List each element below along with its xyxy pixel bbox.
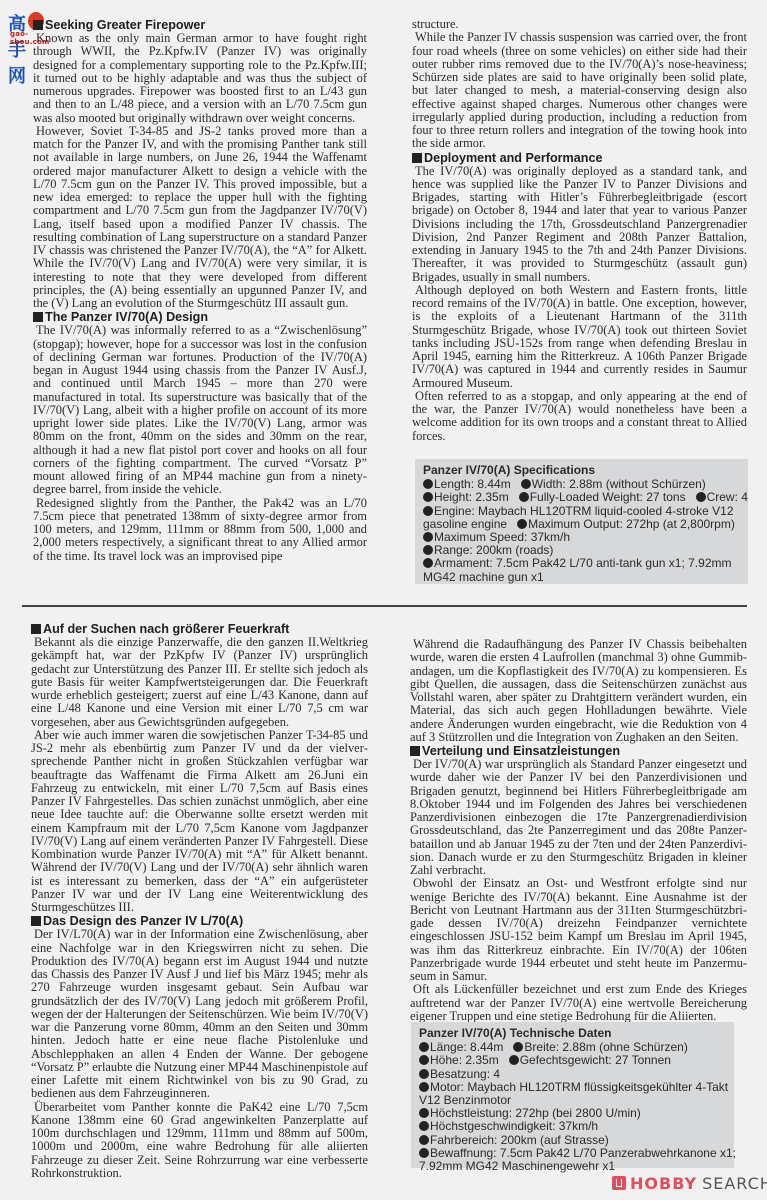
bullet-dot-icon [423, 492, 433, 502]
bullet-dot-icon [419, 1148, 429, 1158]
section-heading: Auf der Suchen nach größerer Feuerkraft [31, 622, 368, 636]
paragraph: While the Panzer IV chassis suspension w… [412, 31, 747, 150]
paragraph: Oft als Lückenfüller bezeichnet und erst… [410, 983, 747, 1023]
spec-row: 7.92mm MG42 Maschinengewehr x1 [419, 1160, 726, 1173]
paragraph: Aber wie auch immer waren die sowjetisch… [31, 729, 368, 915]
paragraph: Der IV/70(A) war ursprünglich als Standa… [410, 758, 747, 877]
german-specifications-box: Panzer IV/70(A) Technische Daten Länge: … [411, 1022, 734, 1168]
spec-title: Panzer IV/70(A) Technische Daten [419, 1027, 726, 1040]
watermark-brand: HOBBY [630, 1174, 697, 1193]
paragraph: The IV/70(A) was informally referred to … [33, 324, 367, 496]
language-divider [22, 605, 747, 607]
square-bullet-icon [31, 624, 41, 634]
bullet-dot-icon [419, 1055, 429, 1065]
bullet-dot-icon [419, 1135, 429, 1145]
spec-title: Panzer IV/70(A) Specifications [423, 464, 740, 477]
bullet-dot-icon [419, 1082, 429, 1092]
bullet-dot-icon [419, 1108, 429, 1118]
paragraph: However, Soviet T-34-85 and JS-2 tanks p… [33, 125, 367, 311]
bullet-dot-icon [509, 1055, 519, 1065]
bullet-dot-icon [521, 479, 531, 489]
hobbysearch-watermark: HOBBY SEARCH [612, 1173, 767, 1193]
bullet-dot-icon [419, 1042, 429, 1052]
english-specifications-box: Panzer IV/70(A) Specifications Length: 8… [415, 459, 748, 584]
paragraph: Während die Radaufhängung des Panzer IV … [410, 638, 747, 744]
paragraph: Der IV/L70(A) war in der Information ein… [31, 928, 368, 1100]
square-bullet-icon [33, 20, 43, 30]
paragraph: Often referred to as a stopgap, and only… [412, 390, 747, 443]
hobbysearch-logo-icon [612, 1176, 626, 1190]
paragraph: Known as the only main German armor to h… [33, 32, 367, 125]
bullet-dot-icon [423, 506, 433, 516]
square-bullet-icon [31, 916, 41, 926]
section-heading: Verteilung und Einsatzleistungen [410, 744, 747, 758]
bullet-dot-icon [517, 519, 527, 529]
bullet-dot-icon [423, 545, 433, 555]
bullet-dot-icon [419, 1121, 429, 1131]
bullet-dot-icon [423, 532, 433, 542]
bullet-dot-icon [423, 558, 433, 568]
square-bullet-icon [410, 746, 420, 756]
paragraph: Obwohl der Einsatz an Ost- und Westfront… [410, 877, 747, 983]
section-heading: Seeking Greater Firepower [33, 18, 367, 32]
german-right-column: Während die Radaufhängung des Panzer IV … [410, 638, 747, 1023]
paragraph-continuation: structure. [412, 18, 747, 31]
bullet-dot-icon [423, 479, 433, 489]
section-heading: Das Design des Panzer IV L/70(A) [31, 914, 368, 928]
bullet-dot-icon [519, 492, 529, 502]
english-right-column: structure. While the Panzer IV chassis s… [412, 18, 747, 443]
bullet-dot-icon [696, 492, 706, 502]
watermark-suffix: SEARCH [702, 1174, 767, 1193]
bullet-dot-icon [419, 1069, 429, 1079]
section-heading: Deployment and Performance [412, 151, 747, 165]
paragraph: Überarbeitet vom Panther konnte die PaK4… [31, 1101, 368, 1181]
square-bullet-icon [412, 153, 422, 163]
german-left-column: Auf der Suchen nach größerer Feuerkraft … [31, 622, 368, 1180]
square-bullet-icon [33, 312, 43, 322]
paragraph: Redesigned slightly from the Panther, th… [33, 497, 367, 563]
paragraph: Although deployed on both Western and Ea… [412, 284, 747, 390]
bullet-dot-icon [513, 1042, 523, 1052]
paragraph: Bekannt als die einzige Panzerwaffe, die… [31, 636, 368, 729]
paragraph: The IV/70(A) was originally deployed as … [412, 165, 747, 284]
spec-row: MG42 machine gun x1 [423, 571, 740, 584]
english-left-column: Seeking Greater Firepower Known as the o… [33, 18, 367, 563]
section-heading: The Panzer IV/70(A) Design [33, 310, 367, 324]
